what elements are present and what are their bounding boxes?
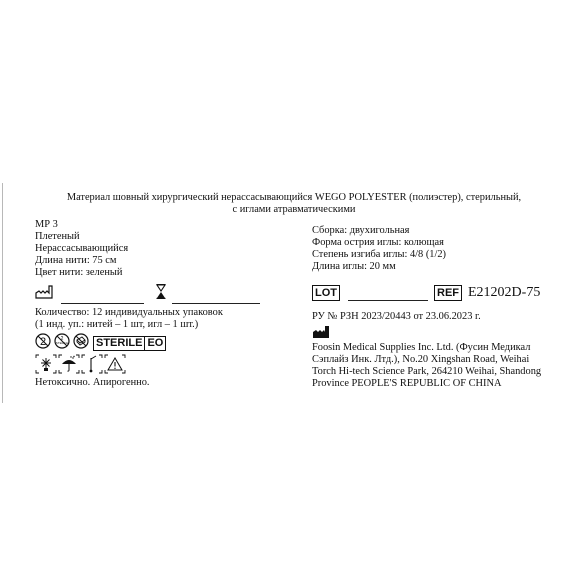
keep-away-from-sunlight-icon — [35, 354, 57, 379]
manufacturer-line-1: Foosin Medical Supplies Inc. Ltd. (Фусин… — [312, 342, 541, 354]
spec-size: МР 3 — [35, 219, 295, 231]
product-title: Материал шовный хирургический нерассасыв… — [0, 192, 588, 216]
lot-symbol: LOT — [312, 285, 340, 301]
sterile-label: STERILE — [94, 337, 144, 350]
manufacturer-line-3: Torch Hi-tech Science Park, 264210 Weiha… — [312, 366, 541, 378]
spec-nonabsorbable: Нерассасывающийся — [35, 243, 295, 255]
sterile-eo-badge: STERILE EO — [93, 336, 166, 351]
manufacturer-address: Foosin Medical Supplies Inc. Ltd. (Фусин… — [312, 342, 541, 390]
lot-ref-row: LOT REF E21202D-75 — [312, 285, 540, 301]
symbols-row-1: 2 2 STERILE STERILE EO — [35, 333, 166, 354]
manufacture-date-field — [61, 302, 144, 304]
spec-needle-length: Длина иглы: 20 мм — [312, 261, 572, 273]
lot-field — [348, 299, 428, 301]
spec-thread-length: Длина нити: 75 см — [35, 255, 295, 267]
do-not-reuse-icon: 2 — [35, 333, 51, 354]
expiry-date-field — [172, 302, 260, 304]
footer-note: Нетоксично. Апирогенно. — [35, 377, 150, 389]
sterile-method: EO — [144, 337, 165, 350]
registration-number: РУ № РЗН 2023/20443 от 23.06.2023 г. — [312, 311, 481, 323]
caution-icon — [104, 354, 126, 379]
spec-assembly: Сборка: двухигольная — [312, 225, 572, 237]
right-specs: Сборка: двухигольная Форма острия иглы: … — [312, 225, 572, 273]
factory-outline-icon — [35, 285, 53, 304]
ref-value: E21202D-75 — [468, 285, 540, 301]
quantity-block: Количество: 12 индивидуальных упаковок (… — [35, 307, 223, 331]
quantity-line-2: (1 инд. уп.: нитей – 1 шт, игл – 1 шт.) — [35, 319, 223, 331]
temperature-limit-icon — [81, 354, 103, 379]
do-not-use-if-damaged-icon — [73, 333, 89, 354]
quantity-line-1: Количество: 12 индивидуальных упаковок — [35, 307, 223, 319]
dates-row — [35, 284, 260, 304]
product-title-line-2: с иглами атравматическими — [0, 204, 588, 216]
ref-symbol: REF — [434, 285, 462, 301]
manufacturer-line-4: Province PEOPLE'S REPUBLIC OF CHINA — [312, 378, 541, 390]
do-not-resterilize-icon: 2 STERILE — [54, 333, 70, 354]
non-toxic-note: Нетоксично. Апирогенно. — [35, 377, 150, 389]
symbols-row-2 — [35, 354, 126, 379]
label-edge-line — [2, 183, 3, 403]
svg-text:2: 2 — [40, 336, 46, 348]
left-specs: МР 3 Плетеный Нерассасывающийся Длина ни… — [35, 219, 295, 279]
keep-dry-icon — [58, 354, 80, 379]
spec-needle-point: Форма острия иглы: колющая — [312, 237, 572, 249]
spec-thread-color: Цвет нити: зеленый — [35, 267, 295, 279]
spec-braided: Плетеный — [35, 231, 295, 243]
spec-needle-curve: Степень изгиба иглы: 4/8 (1/2) — [312, 249, 572, 261]
manufacturer-line-2: Сэплайз Инк. Лтд.), No.20 Xingshan Road,… — [312, 354, 541, 366]
product-title-line-1: Материал шовный хирургический нерассасыв… — [0, 192, 588, 204]
registration-block: РУ № РЗН 2023/20443 от 23.06.2023 г. — [312, 311, 481, 323]
hourglass-icon — [156, 284, 166, 304]
